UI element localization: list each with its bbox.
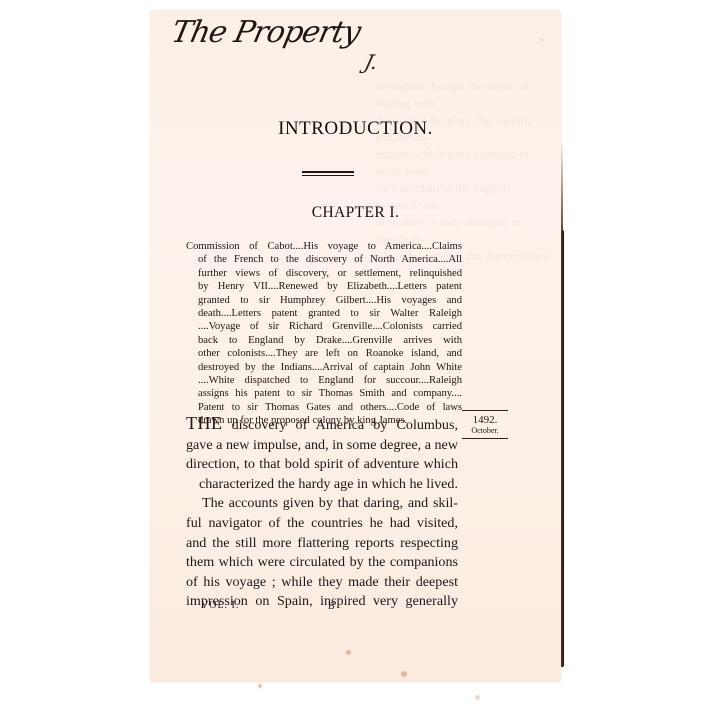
summary-line: assigns his patent to sir Thomas Smith a…: [186, 387, 462, 400]
double-rule-divider: [302, 171, 354, 176]
chapter-summary: Commission of Cabot....His voyage to Ame…: [186, 240, 462, 428]
summary-line: granted to sir Humphrey Gilbert....His v…: [186, 294, 462, 307]
page-edge-shadow: [561, 140, 563, 230]
summary-line: ....Voyage of sir Richard Grenville....C…: [186, 320, 462, 333]
summary-line: further views of discovery, or settlemen…: [186, 267, 462, 280]
page-title: INTRODUCTION.: [150, 118, 561, 140]
foxing-spot: [540, 38, 543, 41]
foxing-spot: [401, 671, 407, 677]
summary-line: death....Letters patent granted to sir W…: [186, 307, 462, 320]
margin-date-note: 1492. October.: [462, 410, 508, 439]
body-line: and the still more flattering reports re…: [186, 534, 458, 554]
body-line: direction, to that bold spirit of advent…: [186, 455, 458, 475]
body-line: of his voyage ; while they made their de…: [186, 573, 458, 593]
summary-line: ....White dispatched to England for succ…: [186, 374, 462, 387]
summary-line: destroyed by the Indians....Arrival of c…: [186, 361, 462, 374]
summary-line: by Henry VII....Renewed by Elizabeth....…: [186, 280, 462, 293]
foxing-spot: [475, 695, 480, 700]
summary-line: of the French to the discovery of North …: [186, 253, 462, 266]
summary-line: other colonists....They are left on Roan…: [186, 347, 462, 360]
summary-line: Commission of Cabot....His voyage to Ame…: [186, 240, 462, 253]
body-line-first: THE discovery of America by Columbus,: [186, 414, 458, 436]
body-line: characterized the hardy age in which he …: [186, 475, 458, 495]
foxing-spot: [258, 684, 262, 688]
body-line: The accounts given by that daring, and s…: [186, 494, 458, 514]
summary-line: Patent to sir Thomas Gates and others...…: [186, 401, 462, 414]
body-line: gave a new impulse, and, in some degree,…: [186, 436, 458, 456]
margin-month: October.: [462, 426, 508, 436]
volume-label: VOL. I.: [201, 600, 239, 611]
signature-mark: B: [328, 601, 335, 612]
margin-year: 1492.: [462, 414, 508, 426]
handwritten-inscription: The Property: [168, 15, 363, 50]
body-text: THE discovery of America by Columbus, ga…: [186, 414, 458, 612]
book-cover-edge: [561, 230, 564, 667]
body-line: ful navigator of the countries he had vi…: [186, 514, 458, 534]
body-line: them which were circulated by the compan…: [186, 553, 458, 573]
chapter-heading: CHAPTER I.: [150, 204, 561, 222]
foxing-spot: [346, 650, 351, 655]
drop-cap: THE: [186, 413, 223, 433]
summary-line: back to England by Drake....Grenville ar…: [186, 334, 462, 347]
